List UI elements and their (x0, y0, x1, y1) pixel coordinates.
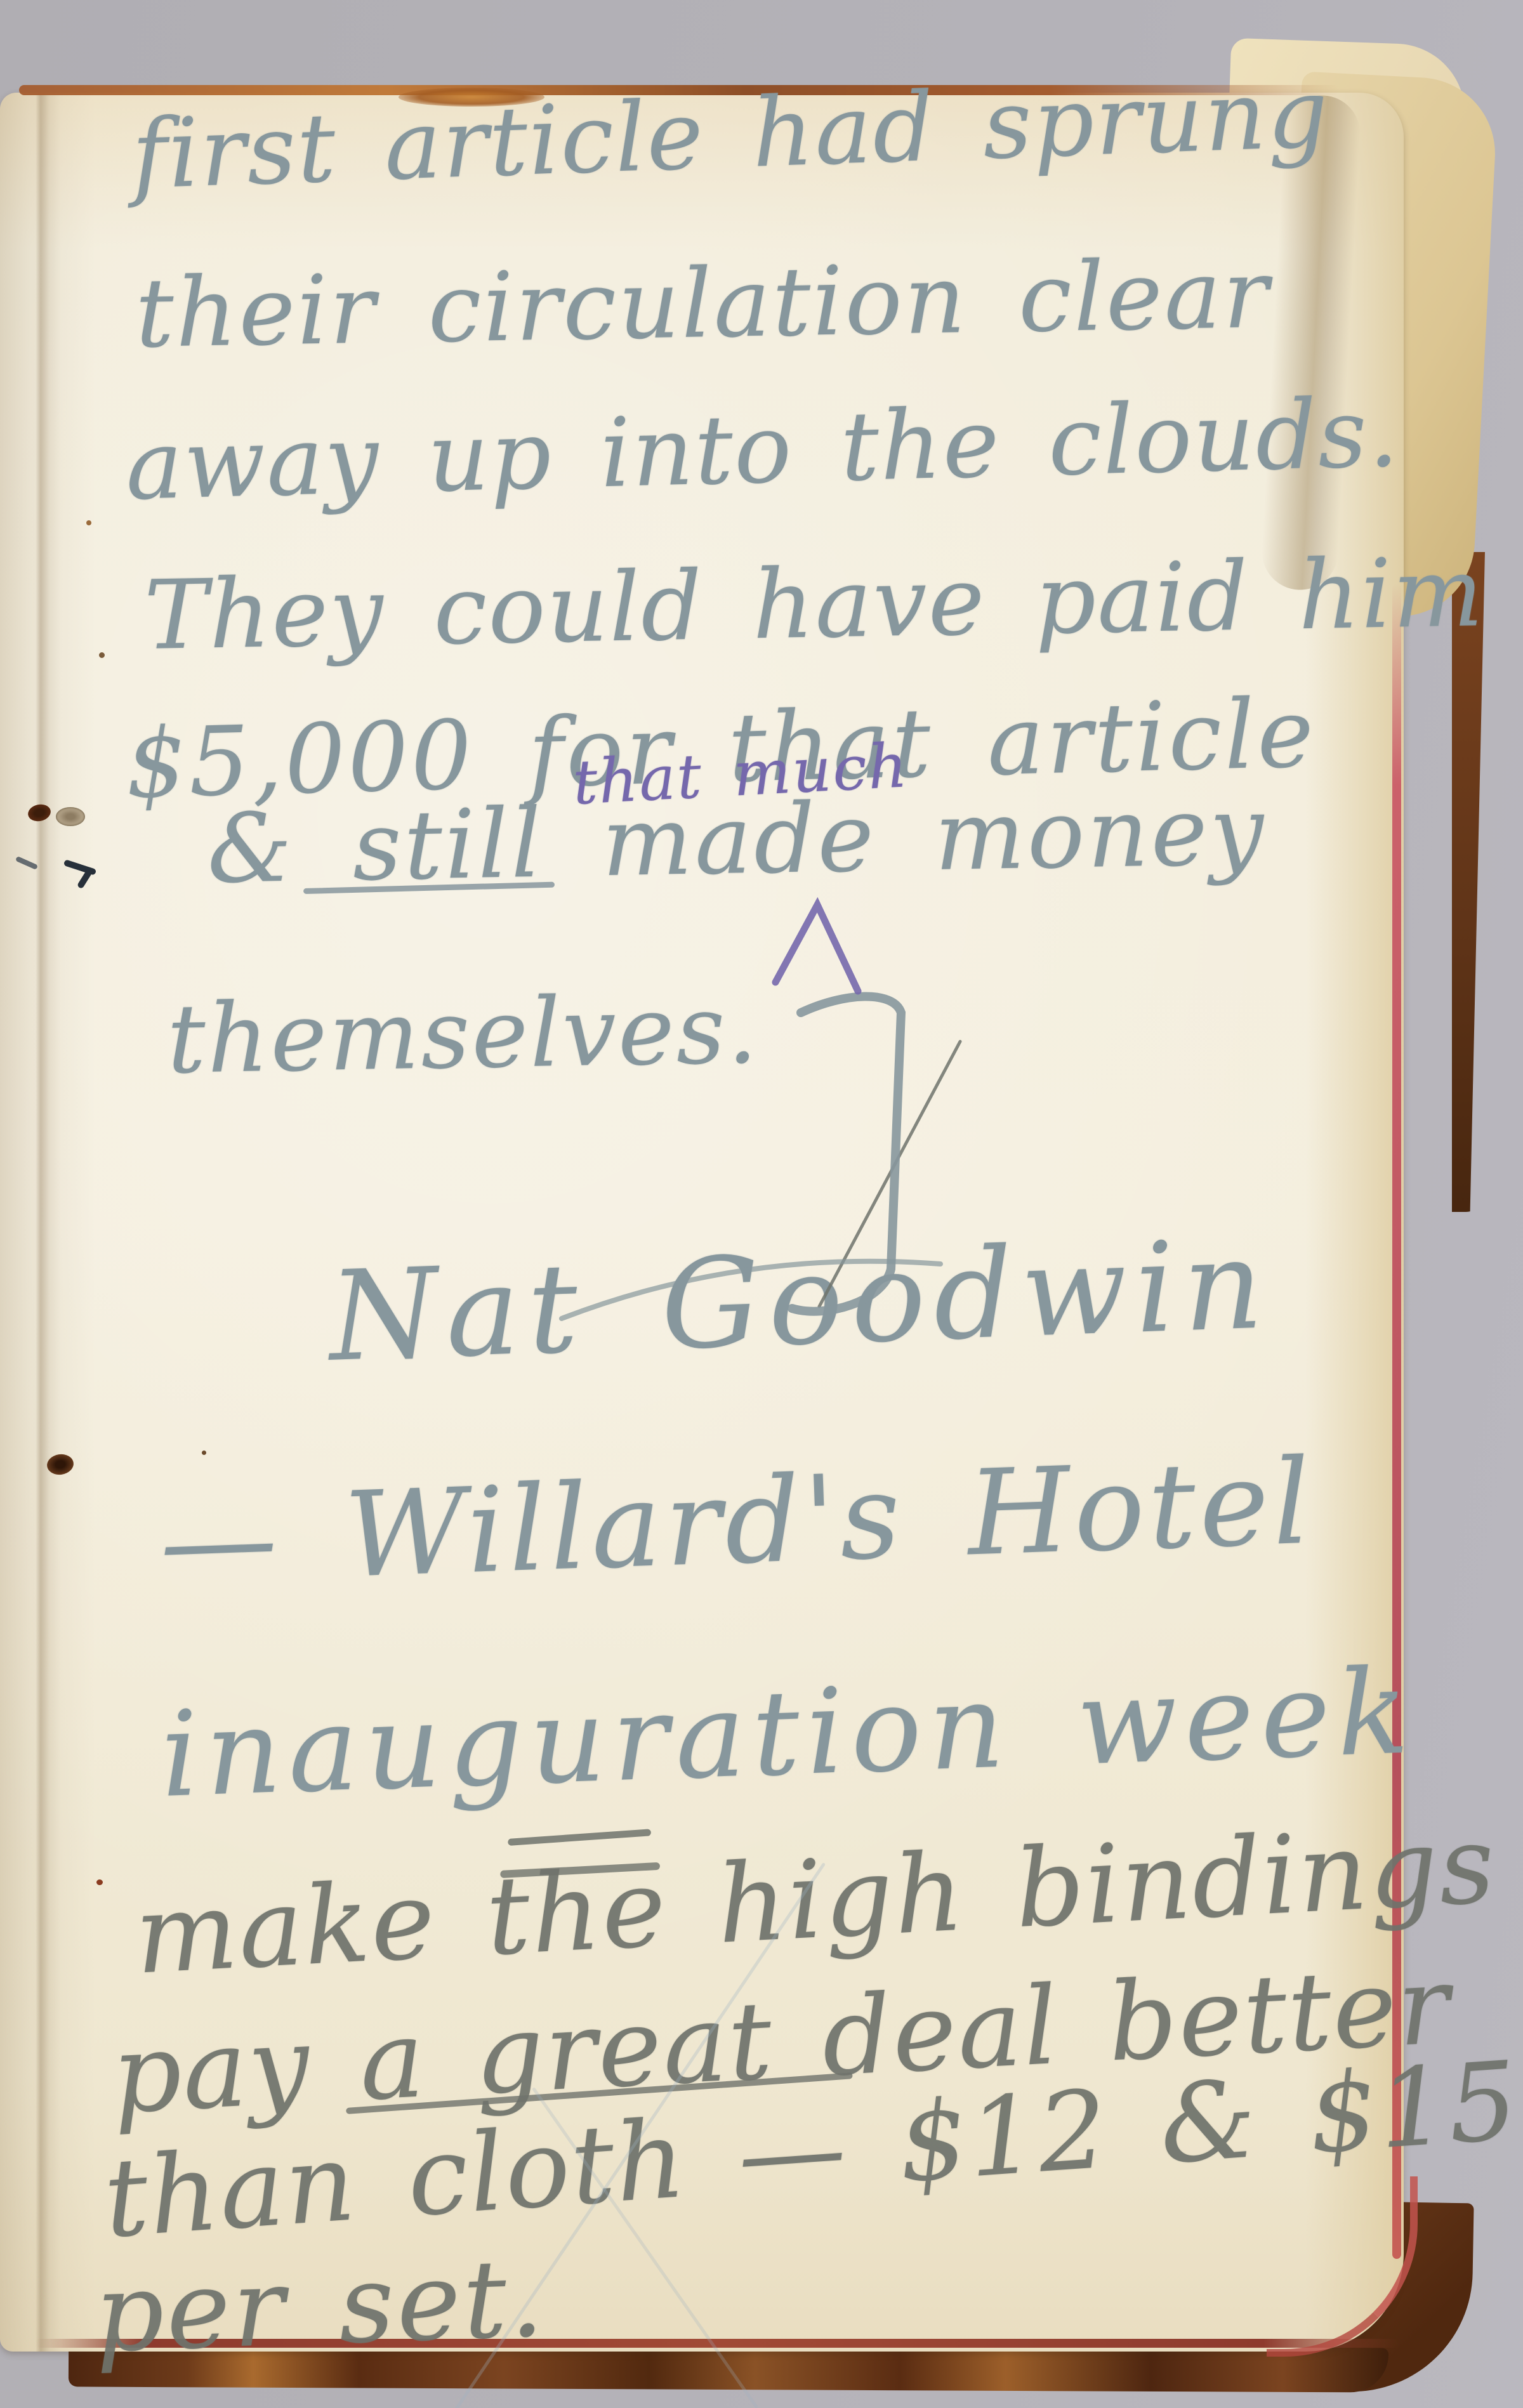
leather-cover-right-edge (1452, 552, 1485, 1212)
paper-speck-2 (202, 1451, 206, 1455)
notebook-photo: first article had sprung their circulati… (0, 0, 1523, 2408)
paper-speck-3 (96, 1879, 103, 1885)
stitch-hole-upper-light (56, 807, 85, 826)
paper-speck-1 (99, 652, 105, 658)
handwritten-line-2: their circulation clear (135, 239, 1271, 369)
handwritten-line-7: themselves. (166, 975, 760, 1095)
paper-speck-4 (86, 520, 91, 525)
handwritten-line-6: & still made money (206, 776, 1267, 905)
pencil-line-4: per set. (93, 2235, 548, 2377)
handwritten-line-4: They could have paid him (143, 537, 1485, 671)
